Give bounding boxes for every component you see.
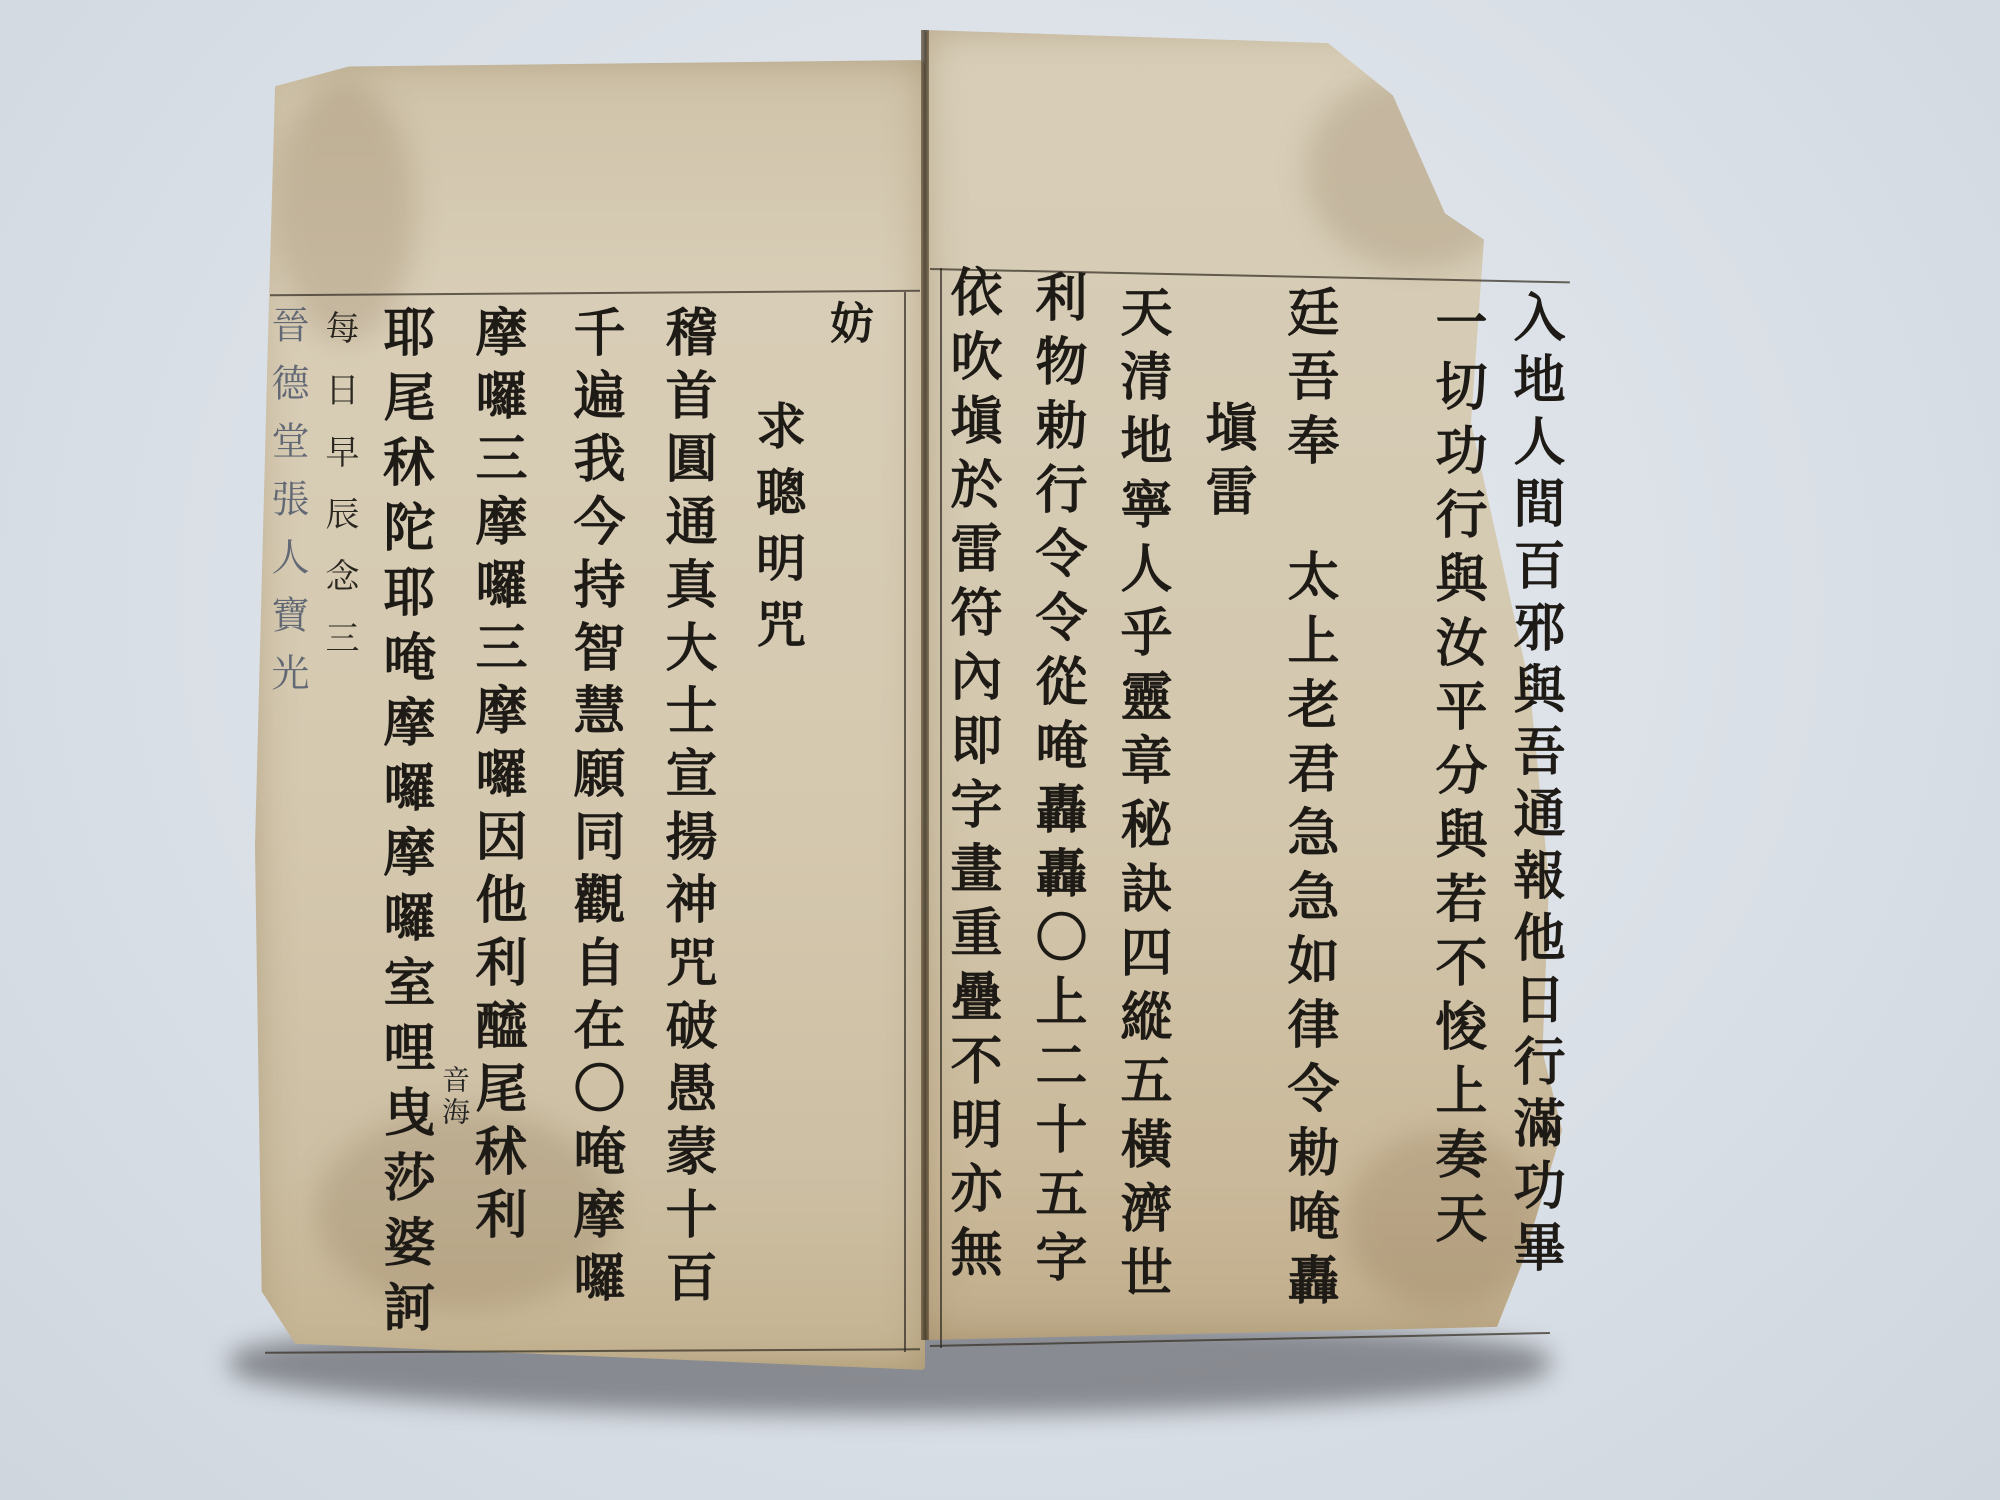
text-column: 妨 [825, 300, 869, 354]
text-column: 稽首圓通真大士宣揚神咒破愚蒙十百 [660, 305, 712, 1313]
left-page-inner-border [904, 292, 906, 1352]
text-column: 千遍我今持智慧願同觀自在〇唵摩囉 [568, 305, 620, 1313]
instruction-note: 每日早辰念三 [322, 310, 356, 682]
margin-label: 晉德堂張人寶光 [268, 305, 306, 711]
photo-background: 妨 求聰明咒 稽首圓通真大士宣揚神咒破愚蒙十百 千遍我今持智慧願同觀自在〇唵摩囉… [0, 0, 2000, 1500]
text-column: 入地人間百邪與吾通報他日行滿功畢 [1508, 290, 1560, 1282]
heading-qiu-cong-ming-zhou: 求聰明咒 [752, 400, 802, 664]
text-column: 摩囉三摩囉三摩囉因他利醯尾秫利 [470, 305, 522, 1250]
stain [275, 80, 415, 340]
book-spine [921, 30, 929, 1340]
text-column: 利物勅行令令從唵轟轟〇上二十五字 [1030, 270, 1082, 1294]
text-column: 廷吾奉 太上老君急急如律令勅唵轟 [1282, 285, 1334, 1317]
stain [1305, 70, 1525, 270]
text-column: 天清地寧人乎靈章秘訣四縱五橫濟世 [1115, 285, 1167, 1309]
text-column: 依吹塡於雷符內即字畫重疊不明亦無 [945, 265, 997, 1289]
heading-tian-lei: 塡雷 [1200, 400, 1252, 528]
text-column: 一切功行與汝平分與若不悛上奏天 [1430, 295, 1482, 1255]
pronunciation-annotation: 音海 [434, 1065, 474, 1129]
text-column: 耶尾秫陀耶唵摩囉摩囉室哩曳莎婆訶 [378, 305, 430, 1345]
